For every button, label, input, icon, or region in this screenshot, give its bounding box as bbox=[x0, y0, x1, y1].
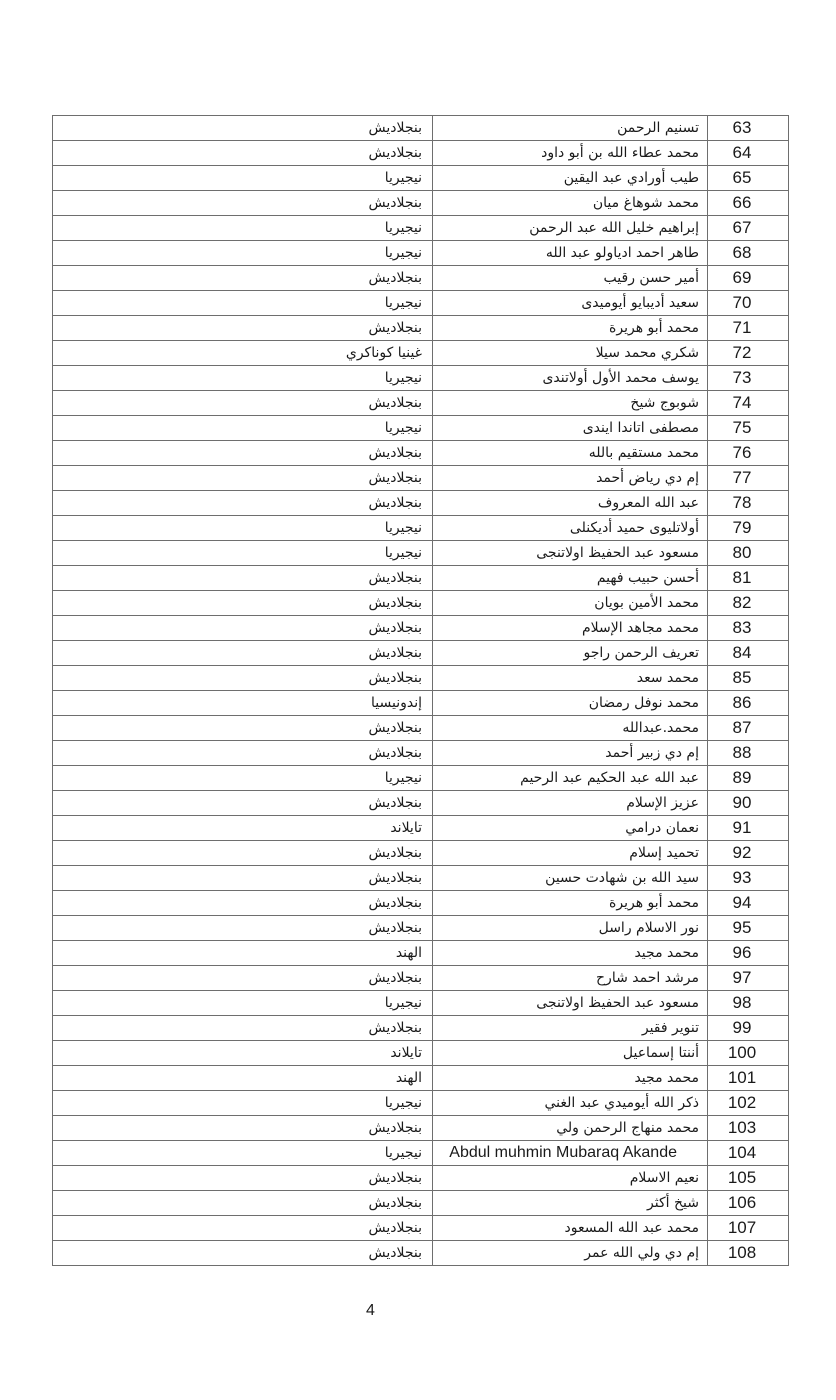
country-cell: بنجلاديش bbox=[53, 1241, 433, 1266]
country-cell: بنجلاديش bbox=[53, 641, 433, 666]
row-number-cell: 69 bbox=[708, 266, 789, 291]
table-row: بنجلاديشعزيز الإسلام90 bbox=[53, 791, 789, 816]
table-row: نيجيرياAbdul muhmin Mubaraq Akande104 bbox=[53, 1141, 789, 1166]
row-number-cell: 63 bbox=[708, 116, 789, 141]
name-cell: Abdul muhmin Mubaraq Akande bbox=[433, 1141, 708, 1166]
row-number-cell: 83 bbox=[708, 616, 789, 641]
name-cell: محمد مجاهد الإسلام bbox=[433, 616, 708, 641]
country-cell: غينيا كوناكري bbox=[53, 341, 433, 366]
table-row: بنجلاديشمحمد.عبدالله87 bbox=[53, 716, 789, 741]
table-row: بنجلاديشمحمد عطاء الله بن أبو داود64 bbox=[53, 141, 789, 166]
name-cell: محمد عطاء الله بن أبو داود bbox=[433, 141, 708, 166]
table-row: بنجلاديشمرشد احمد شارح97 bbox=[53, 966, 789, 991]
table-row: بنجلاديشإم دي رياض أحمد77 bbox=[53, 466, 789, 491]
row-number-cell: 94 bbox=[708, 891, 789, 916]
table-row: الهندمحمد مجيد101 bbox=[53, 1066, 789, 1091]
name-cell: عبد الله عبد الحكيم عبد الرحيم bbox=[433, 766, 708, 791]
row-number-cell: 93 bbox=[708, 866, 789, 891]
table-row: نيجيريامسعود عبد الحفيظ اولاتنجى80 bbox=[53, 541, 789, 566]
country-cell: بنجلاديش bbox=[53, 916, 433, 941]
row-number-cell: 77 bbox=[708, 466, 789, 491]
document-page: بنجلاديشتسنيم الرحمن63بنجلاديشمحمد عطاء … bbox=[0, 0, 836, 1400]
country-cell: بنجلاديش bbox=[53, 266, 433, 291]
table-row: نيجيرياعبد الله عبد الحكيم عبد الرحيم89 bbox=[53, 766, 789, 791]
row-number-cell: 102 bbox=[708, 1091, 789, 1116]
country-cell: بنجلاديش bbox=[53, 616, 433, 641]
row-number-cell: 78 bbox=[708, 491, 789, 516]
name-cell: إم دي زبير أحمد bbox=[433, 741, 708, 766]
row-number-cell: 88 bbox=[708, 741, 789, 766]
name-cell: محمد نوفل رمضان bbox=[433, 691, 708, 716]
country-cell: بنجلاديش bbox=[53, 441, 433, 466]
country-cell: نيجيريا bbox=[53, 991, 433, 1016]
table-row: بنجلاديشتسنيم الرحمن63 bbox=[53, 116, 789, 141]
country-cell: بنجلاديش bbox=[53, 141, 433, 166]
row-number-cell: 82 bbox=[708, 591, 789, 616]
table-row: بنجلاديشعبد الله المعروف78 bbox=[53, 491, 789, 516]
country-cell: نيجيريا bbox=[53, 1141, 433, 1166]
country-cell: بنجلاديش bbox=[53, 966, 433, 991]
name-cell: محمد أبو هريرة bbox=[433, 891, 708, 916]
roster-body: بنجلاديشتسنيم الرحمن63بنجلاديشمحمد عطاء … bbox=[53, 116, 789, 1266]
row-number-cell: 107 bbox=[708, 1216, 789, 1241]
table-row: نيجيرياسعيد أديبايو أيوميدى70 bbox=[53, 291, 789, 316]
country-cell: بنجلاديش bbox=[53, 316, 433, 341]
table-row: بنجلاديشتحميد إسلام92 bbox=[53, 841, 789, 866]
row-number-cell: 97 bbox=[708, 966, 789, 991]
table-row: بنجلاديشإم دي زبير أحمد88 bbox=[53, 741, 789, 766]
country-cell: بنجلاديش bbox=[53, 491, 433, 516]
country-cell: بنجلاديش bbox=[53, 566, 433, 591]
name-cell: عزيز الإسلام bbox=[433, 791, 708, 816]
name-cell: طاهر احمد اديا‌ولو عبد الله bbox=[433, 241, 708, 266]
table-row: بنجلاديشمحمد مستقيم بالله76 bbox=[53, 441, 789, 466]
country-cell: بنجلاديش bbox=[53, 891, 433, 916]
country-cell: نيجيريا bbox=[53, 241, 433, 266]
row-number-cell: 108 bbox=[708, 1241, 789, 1266]
row-number-cell: 76 bbox=[708, 441, 789, 466]
name-cell: نعمان درامي bbox=[433, 816, 708, 841]
row-number-cell: 70 bbox=[708, 291, 789, 316]
table-row: بنجلاديشمحمد شوهاغ ميان66 bbox=[53, 191, 789, 216]
name-cell: مسعود عبد الحفيظ اولاتنجى bbox=[433, 991, 708, 1016]
row-number-cell: 103 bbox=[708, 1116, 789, 1141]
student-roster-table: بنجلاديشتسنيم الرحمن63بنجلاديشمحمد عطاء … bbox=[52, 115, 789, 1266]
row-number-cell: 90 bbox=[708, 791, 789, 816]
table-row: بنجلاديشمحمد أبو هريرة94 bbox=[53, 891, 789, 916]
country-cell: نيجيريا bbox=[53, 1091, 433, 1116]
name-cell: محمد.عبدالله bbox=[433, 716, 708, 741]
country-cell: نيجيريا bbox=[53, 216, 433, 241]
country-cell: نيجيريا bbox=[53, 416, 433, 441]
name-cell: شوبوج شيخ bbox=[433, 391, 708, 416]
row-number-cell: 75 bbox=[708, 416, 789, 441]
row-number-cell: 65 bbox=[708, 166, 789, 191]
name-cell: تنوير فقير bbox=[433, 1016, 708, 1041]
name-cell: تسنيم الرحمن bbox=[433, 116, 708, 141]
country-cell: بنجلاديش bbox=[53, 116, 433, 141]
row-number-cell: 67 bbox=[708, 216, 789, 241]
country-cell: نيجيريا bbox=[53, 516, 433, 541]
table-row: بنجلاديشأمير حسن رقيب69 bbox=[53, 266, 789, 291]
country-cell: بنجلاديش bbox=[53, 466, 433, 491]
name-cell: طيب أورادي عبد اليقين bbox=[433, 166, 708, 191]
row-number-cell: 101 bbox=[708, 1066, 789, 1091]
name-cell: محمد الأمين بويان bbox=[433, 591, 708, 616]
table-row: بنجلاديشمحمد منهاج الرحمن ولي103 bbox=[53, 1116, 789, 1141]
name-cell: مرشد احمد شارح bbox=[433, 966, 708, 991]
row-number-cell: 87 bbox=[708, 716, 789, 741]
country-cell: نيجيريا bbox=[53, 541, 433, 566]
name-cell: مصطفى اتاندا ايندى bbox=[433, 416, 708, 441]
row-number-cell: 80 bbox=[708, 541, 789, 566]
name-cell: أولاتليوى حميد أديكنلى bbox=[433, 516, 708, 541]
name-cell: سيد الله بن شهادت حسين bbox=[433, 866, 708, 891]
row-number-cell: 96 bbox=[708, 941, 789, 966]
table-row: تايلاندأننتا إسماعيل100 bbox=[53, 1041, 789, 1066]
country-cell: نيجيريا bbox=[53, 366, 433, 391]
name-cell: أمير حسن رقيب bbox=[433, 266, 708, 291]
row-number-cell: 104 bbox=[708, 1141, 789, 1166]
country-cell: بنجلاديش bbox=[53, 191, 433, 216]
country-cell: بنجلاديش bbox=[53, 866, 433, 891]
name-cell: إم دي ولي الله عمر bbox=[433, 1241, 708, 1266]
country-cell: بنجلاديش bbox=[53, 591, 433, 616]
name-cell: أحسن حبيب فهيم bbox=[433, 566, 708, 591]
name-cell: تعريف الرحمن راجو bbox=[433, 641, 708, 666]
table-row: بنجلاديشمحمد سعد85 bbox=[53, 666, 789, 691]
row-number-cell: 71 bbox=[708, 316, 789, 341]
row-number-cell: 92 bbox=[708, 841, 789, 866]
name-cell: عبد الله المعروف bbox=[433, 491, 708, 516]
row-number-cell: 98 bbox=[708, 991, 789, 1016]
row-number-cell: 79 bbox=[708, 516, 789, 541]
table-row: بنجلاديشنور الاسلام راسل95 bbox=[53, 916, 789, 941]
country-cell: بنجلاديش bbox=[53, 1116, 433, 1141]
country-cell: تايلاند bbox=[53, 1041, 433, 1066]
country-cell: بنجلاديش bbox=[53, 391, 433, 416]
name-cell: سعيد أديبايو أيوميدى bbox=[433, 291, 708, 316]
table-row: إندونيسيامحمد نوفل رمضان86 bbox=[53, 691, 789, 716]
name-cell: ذكر الله أيوميدي عبد الغني bbox=[433, 1091, 708, 1116]
table-row: بنجلاديشمحمد أبو هريرة71 bbox=[53, 316, 789, 341]
table-row: نيجيريامصطفى اتاندا ايندى75 bbox=[53, 416, 789, 441]
name-cell: محمد شوهاغ ميان bbox=[433, 191, 708, 216]
country-cell: تايلاند bbox=[53, 816, 433, 841]
row-number-cell: 106 bbox=[708, 1191, 789, 1216]
table-row: غينيا كوناكريشكري محمد سيلا72 bbox=[53, 341, 789, 366]
row-number-cell: 66 bbox=[708, 191, 789, 216]
name-cell: شيخ أكثر bbox=[433, 1191, 708, 1216]
name-cell: محمد منهاج الرحمن ولي bbox=[433, 1116, 708, 1141]
country-cell: بنجلاديش bbox=[53, 716, 433, 741]
country-cell: بنجلاديش bbox=[53, 741, 433, 766]
country-cell: بنجلاديش bbox=[53, 1016, 433, 1041]
row-number-cell: 64 bbox=[708, 141, 789, 166]
name-cell: إبراهيم خليل الله عبد الرحمن bbox=[433, 216, 708, 241]
country-cell: الهند bbox=[53, 941, 433, 966]
name-cell: محمد مستقيم بالله bbox=[433, 441, 708, 466]
table-row: بنجلاديشمحمد عبد الله المسعود107 bbox=[53, 1216, 789, 1241]
row-number-cell: 99 bbox=[708, 1016, 789, 1041]
country-cell: الهند bbox=[53, 1066, 433, 1091]
table-row: بنجلاديشمحمد مجاهد الإسلام83 bbox=[53, 616, 789, 641]
country-cell: بنجلاديش bbox=[53, 841, 433, 866]
country-cell: بنجلاديش bbox=[53, 791, 433, 816]
country-cell: نيجيريا bbox=[53, 766, 433, 791]
table-row: نيجيرياطيب أورادي عبد اليقين65 bbox=[53, 166, 789, 191]
table-row: بنجلاديشأحسن حبيب فهيم81 bbox=[53, 566, 789, 591]
name-cell: شكري محمد سيلا bbox=[433, 341, 708, 366]
row-number-cell: 91 bbox=[708, 816, 789, 841]
table-row: بنجلاديشإم دي ولي الله عمر108 bbox=[53, 1241, 789, 1266]
country-cell: إندونيسيا bbox=[53, 691, 433, 716]
table-row: الهندمحمد مجيد96 bbox=[53, 941, 789, 966]
row-number-cell: 68 bbox=[708, 241, 789, 266]
table-row: نيجيرياطاهر احمد اديا‌ولو عبد الله68 bbox=[53, 241, 789, 266]
country-cell: بنجلاديش bbox=[53, 1216, 433, 1241]
country-cell: نيجيريا bbox=[53, 166, 433, 191]
table-row: بنجلاديششوبوج شيخ74 bbox=[53, 391, 789, 416]
table-row: بنجلاديششيخ أكثر106 bbox=[53, 1191, 789, 1216]
row-number-cell: 84 bbox=[708, 641, 789, 666]
country-cell: بنجلاديش bbox=[53, 1191, 433, 1216]
row-number-cell: 85 bbox=[708, 666, 789, 691]
row-number-cell: 73 bbox=[708, 366, 789, 391]
row-number-cell: 95 bbox=[708, 916, 789, 941]
table-row: بنجلاديشتعريف الرحمن راجو84 bbox=[53, 641, 789, 666]
row-number-cell: 100 bbox=[708, 1041, 789, 1066]
row-number-cell: 86 bbox=[708, 691, 789, 716]
country-cell: بنجلاديش bbox=[53, 1166, 433, 1191]
name-cell: محمد عبد الله المسعود bbox=[433, 1216, 708, 1241]
table-row: نيجيرياذكر الله أيوميدي عبد الغني102 bbox=[53, 1091, 789, 1116]
table-row: نيجيريامسعود عبد الحفيظ اولاتنجى98 bbox=[53, 991, 789, 1016]
name-cell: محمد مجيد bbox=[433, 1066, 708, 1091]
row-number-cell: 81 bbox=[708, 566, 789, 591]
name-cell: مسعود عبد الحفيظ اولاتنجى bbox=[433, 541, 708, 566]
table-row: بنجلاديشسيد الله بن شهادت حسين93 bbox=[53, 866, 789, 891]
table-row: بنجلاديشتنوير فقير99 bbox=[53, 1016, 789, 1041]
row-number-cell: 105 bbox=[708, 1166, 789, 1191]
name-cell: إم دي رياض أحمد bbox=[433, 466, 708, 491]
name-cell: محمد سعد bbox=[433, 666, 708, 691]
table-row: نيجيريايوسف محمد الأول أولاتندى73 bbox=[53, 366, 789, 391]
name-cell: تحميد إسلام bbox=[433, 841, 708, 866]
table-row: بنجلاديشمحمد الأمين بويان82 bbox=[53, 591, 789, 616]
table-row: نيجيرياأولاتليوى حميد أديكنلى79 bbox=[53, 516, 789, 541]
name-cell: محمد أبو هريرة bbox=[433, 316, 708, 341]
name-cell: نعيم الاسلام bbox=[433, 1166, 708, 1191]
table-row: تايلاندنعمان درامي91 bbox=[53, 816, 789, 841]
row-number-cell: 89 bbox=[708, 766, 789, 791]
row-number-cell: 72 bbox=[708, 341, 789, 366]
name-cell: أننتا إسماعيل bbox=[433, 1041, 708, 1066]
table-row: بنجلاديشنعيم الاسلام105 bbox=[53, 1166, 789, 1191]
name-cell: محمد مجيد bbox=[433, 941, 708, 966]
name-cell: نور الاسلام راسل bbox=[433, 916, 708, 941]
row-number-cell: 74 bbox=[708, 391, 789, 416]
table-row: نيجيرياإبراهيم خليل الله عبد الرحمن67 bbox=[53, 216, 789, 241]
page-number: 4 bbox=[366, 1302, 375, 1320]
name-cell: يوسف محمد الأول أولاتندى bbox=[433, 366, 708, 391]
country-cell: بنجلاديش bbox=[53, 666, 433, 691]
country-cell: نيجيريا bbox=[53, 291, 433, 316]
